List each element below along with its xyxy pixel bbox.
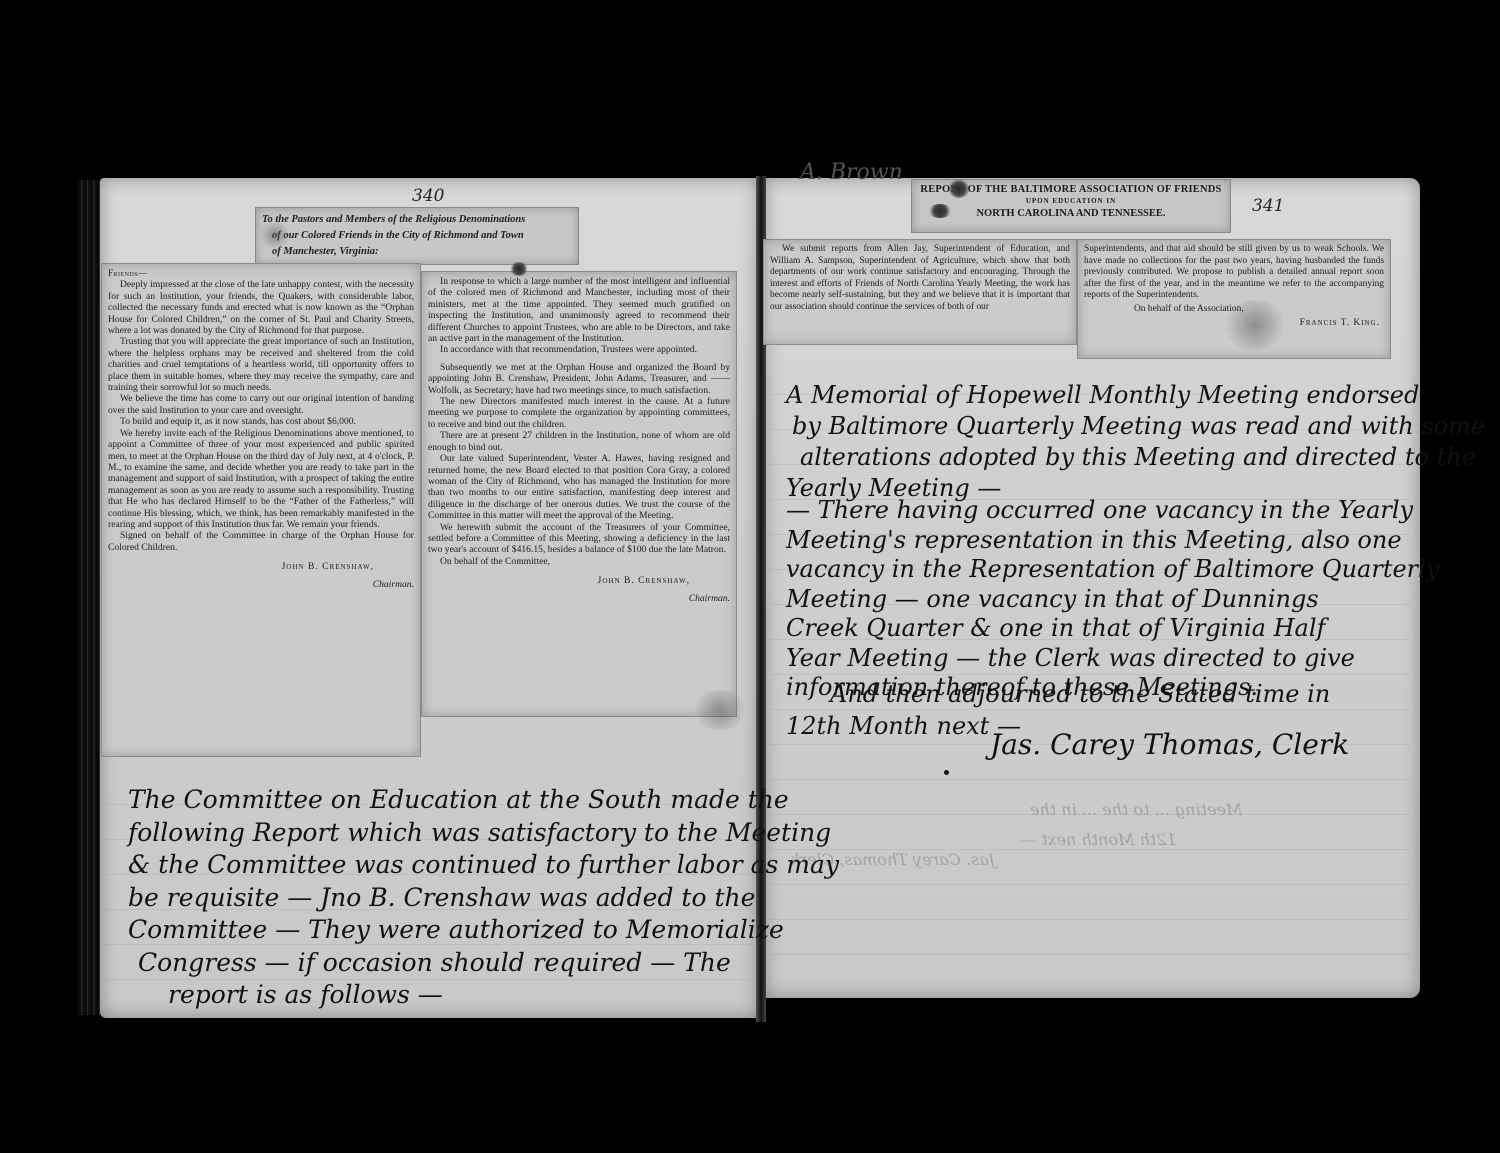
handwritten-line: Committee — They were authorized to Memo… bbox=[128, 914, 839, 947]
ghost-top-handwriting: A. Brown bbox=[800, 160, 903, 185]
signature-title: Chairman. bbox=[428, 593, 730, 604]
handwritten-line: vacancy in the Representation of Baltimo… bbox=[786, 555, 1439, 585]
book-page-edges bbox=[78, 180, 100, 1015]
paragraph: On behalf of the Committee, bbox=[428, 556, 730, 567]
bleedthrough-text: Meeting ... to the ... in the bbox=[1030, 800, 1242, 819]
paragraph: There are at present 27 children in the … bbox=[428, 430, 730, 453]
paragraph: Our late valued Superintendent, Vester A… bbox=[428, 453, 730, 521]
water-stain bbox=[690, 690, 750, 730]
report-column-1: We submit reports from Allen Jay, Superi… bbox=[764, 240, 1076, 344]
handwritten-line: alterations adopted by this Meeting and … bbox=[786, 442, 1485, 473]
orphan-house-address-header: To the Pastors and Members of the Religi… bbox=[256, 208, 578, 264]
report-header-line-2: UPON EDUCATION IN bbox=[912, 197, 1230, 205]
orphan-house-letter-column-2: In response to which a large number of t… bbox=[422, 272, 736, 716]
paragraph: We herewith submit the account of the Tr… bbox=[428, 522, 730, 556]
paragraph: Subsequently we met at the Orphan House … bbox=[428, 362, 730, 396]
ink-blot bbox=[928, 204, 952, 218]
clerk-signature: Jas. Carey Thomas, Clerk bbox=[990, 728, 1349, 761]
handwritten-line: report is as follows — bbox=[128, 979, 839, 1012]
paragraph: The new Directors manifested much intere… bbox=[428, 396, 730, 430]
signature: John B. Crenshaw, bbox=[108, 561, 414, 572]
page-number-left: 340 bbox=[412, 186, 444, 206]
handwritten-vacancy-minute: — There having occurred one vacancy in t… bbox=[786, 496, 1439, 703]
paragraph: We believe the time has come to carry ou… bbox=[108, 393, 414, 416]
water-stain bbox=[260, 220, 290, 250]
ink-blot bbox=[948, 180, 970, 198]
ink-blot bbox=[510, 262, 528, 276]
paragraph: We hereby invite each of the Religious D… bbox=[108, 428, 414, 531]
header-line-2: of our Colored Friends in the City of Ri… bbox=[262, 228, 572, 244]
handwritten-line: be requisite — Jno B. Crenshaw was added… bbox=[128, 882, 839, 915]
paragraph: In response to which a large number of t… bbox=[428, 276, 730, 344]
bleedthrough-text: Jas. Carey Thomas, Clerk bbox=[790, 850, 995, 869]
paragraph: Trusting that you will appreciate the gr… bbox=[108, 336, 414, 393]
handwritten-line: Congress — if occasion should required —… bbox=[128, 947, 839, 980]
page-number-right: 341 bbox=[1252, 196, 1284, 216]
bleedthrough-text: 12th Month next — bbox=[1020, 830, 1177, 849]
signature-title: Chairman. bbox=[108, 579, 414, 590]
paragraph: Deeply impressed at the close of the lat… bbox=[108, 279, 414, 336]
handwritten-line: Meeting — one vacancy in that of Dunning… bbox=[786, 585, 1439, 615]
report-header-line-3: NORTH CAROLINA AND TENNESSEE. bbox=[912, 208, 1230, 219]
handwritten-memorial-minute: A Memorial of Hopewell Monthly Meeting e… bbox=[786, 380, 1485, 504]
handwritten-line: & the Committee was continued to further… bbox=[128, 849, 839, 882]
handwritten-line: — There having occurred one vacancy in t… bbox=[786, 496, 1439, 526]
handwritten-line: Year Meeting — the Clerk was directed to… bbox=[786, 644, 1439, 674]
paragraph: To build and equip it, as it now stands,… bbox=[108, 416, 414, 427]
ink-dot bbox=[944, 770, 949, 775]
handwritten-line: by Baltimore Quarterly Meeting was read … bbox=[786, 411, 1485, 442]
handwritten-line: Meeting's representation in this Meeting… bbox=[786, 526, 1439, 556]
handwritten-line: And then adjourned to the Stated time in bbox=[786, 678, 1330, 710]
handwritten-line: following Report which was satisfactory … bbox=[128, 817, 839, 850]
header-line-1: To the Pastors and Members of the Religi… bbox=[262, 212, 572, 228]
paragraph: Signed on behalf of the Committee in cha… bbox=[108, 530, 414, 553]
handwritten-line: The Committee on Education at the South … bbox=[128, 784, 839, 817]
paragraph: In accordance with that recommendation, … bbox=[428, 344, 730, 355]
orphan-house-letter-column-1: Friends— Deeply impressed at the close o… bbox=[102, 264, 420, 756]
paragraph: Superintendents, and that aid should be … bbox=[1084, 244, 1384, 302]
paragraph: We submit reports from Allen Jay, Superi… bbox=[770, 244, 1070, 314]
header-line-3: of Manchester, Virginia: bbox=[262, 244, 572, 260]
salutation: Friends— bbox=[108, 268, 414, 279]
water-stain bbox=[1220, 300, 1290, 350]
signature: John B. Crenshaw, bbox=[428, 575, 730, 586]
handwritten-line: Creek Quarter & one in that of Virginia … bbox=[786, 614, 1439, 644]
handwritten-education-committee-minute: The Committee on Education at the South … bbox=[128, 784, 839, 1012]
handwritten-line: A Memorial of Hopewell Monthly Meeting e… bbox=[786, 380, 1485, 411]
